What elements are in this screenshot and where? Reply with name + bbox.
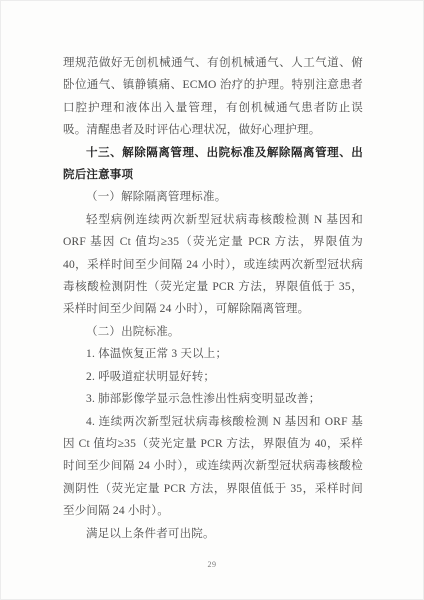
- paragraph-release-isolation-criteria: 轻型病例连续两次新型冠状病毒核酸检测 N 基因和 ORF 基因 Ct 值均≥35…: [63, 209, 363, 321]
- discharge-criterion-1: 1. 体温恢复正常 3 天以上；: [63, 343, 363, 365]
- paragraph-nursing-continued: 理规范做好无创机械通气、有创机械通气、人工气道、俯卧位通气、镇静镇痛、ECMO …: [63, 52, 363, 142]
- discharge-criterion-3: 3. 肺部影像学显示急性渗出性病变明显改善；: [63, 388, 363, 410]
- heading-section-13: 十三、解除隔离管理、出院标准及解除隔离管理、出院后注意事项: [63, 142, 363, 187]
- paragraph-discharge-conclusion: 满足以上条件者可出院。: [63, 523, 363, 545]
- subheading-release-isolation-standard: （一）解除隔离管理标准。: [63, 186, 363, 208]
- discharge-criterion-2: 2. 呼吸道症状明显好转；: [63, 366, 363, 388]
- discharge-criterion-4: 4. 连续两次新型冠状病毒核酸检测 N 基因和 ORF 基因 Ct 值均≥35（…: [63, 411, 363, 523]
- subheading-discharge-standard: （二）出院标准。: [63, 321, 363, 343]
- document-page: 理规范做好无创机械通气、有创机械通气、人工气道、俯卧位通气、镇静镇痛、ECMO …: [0, 0, 424, 600]
- page-number: 29: [1, 560, 423, 569]
